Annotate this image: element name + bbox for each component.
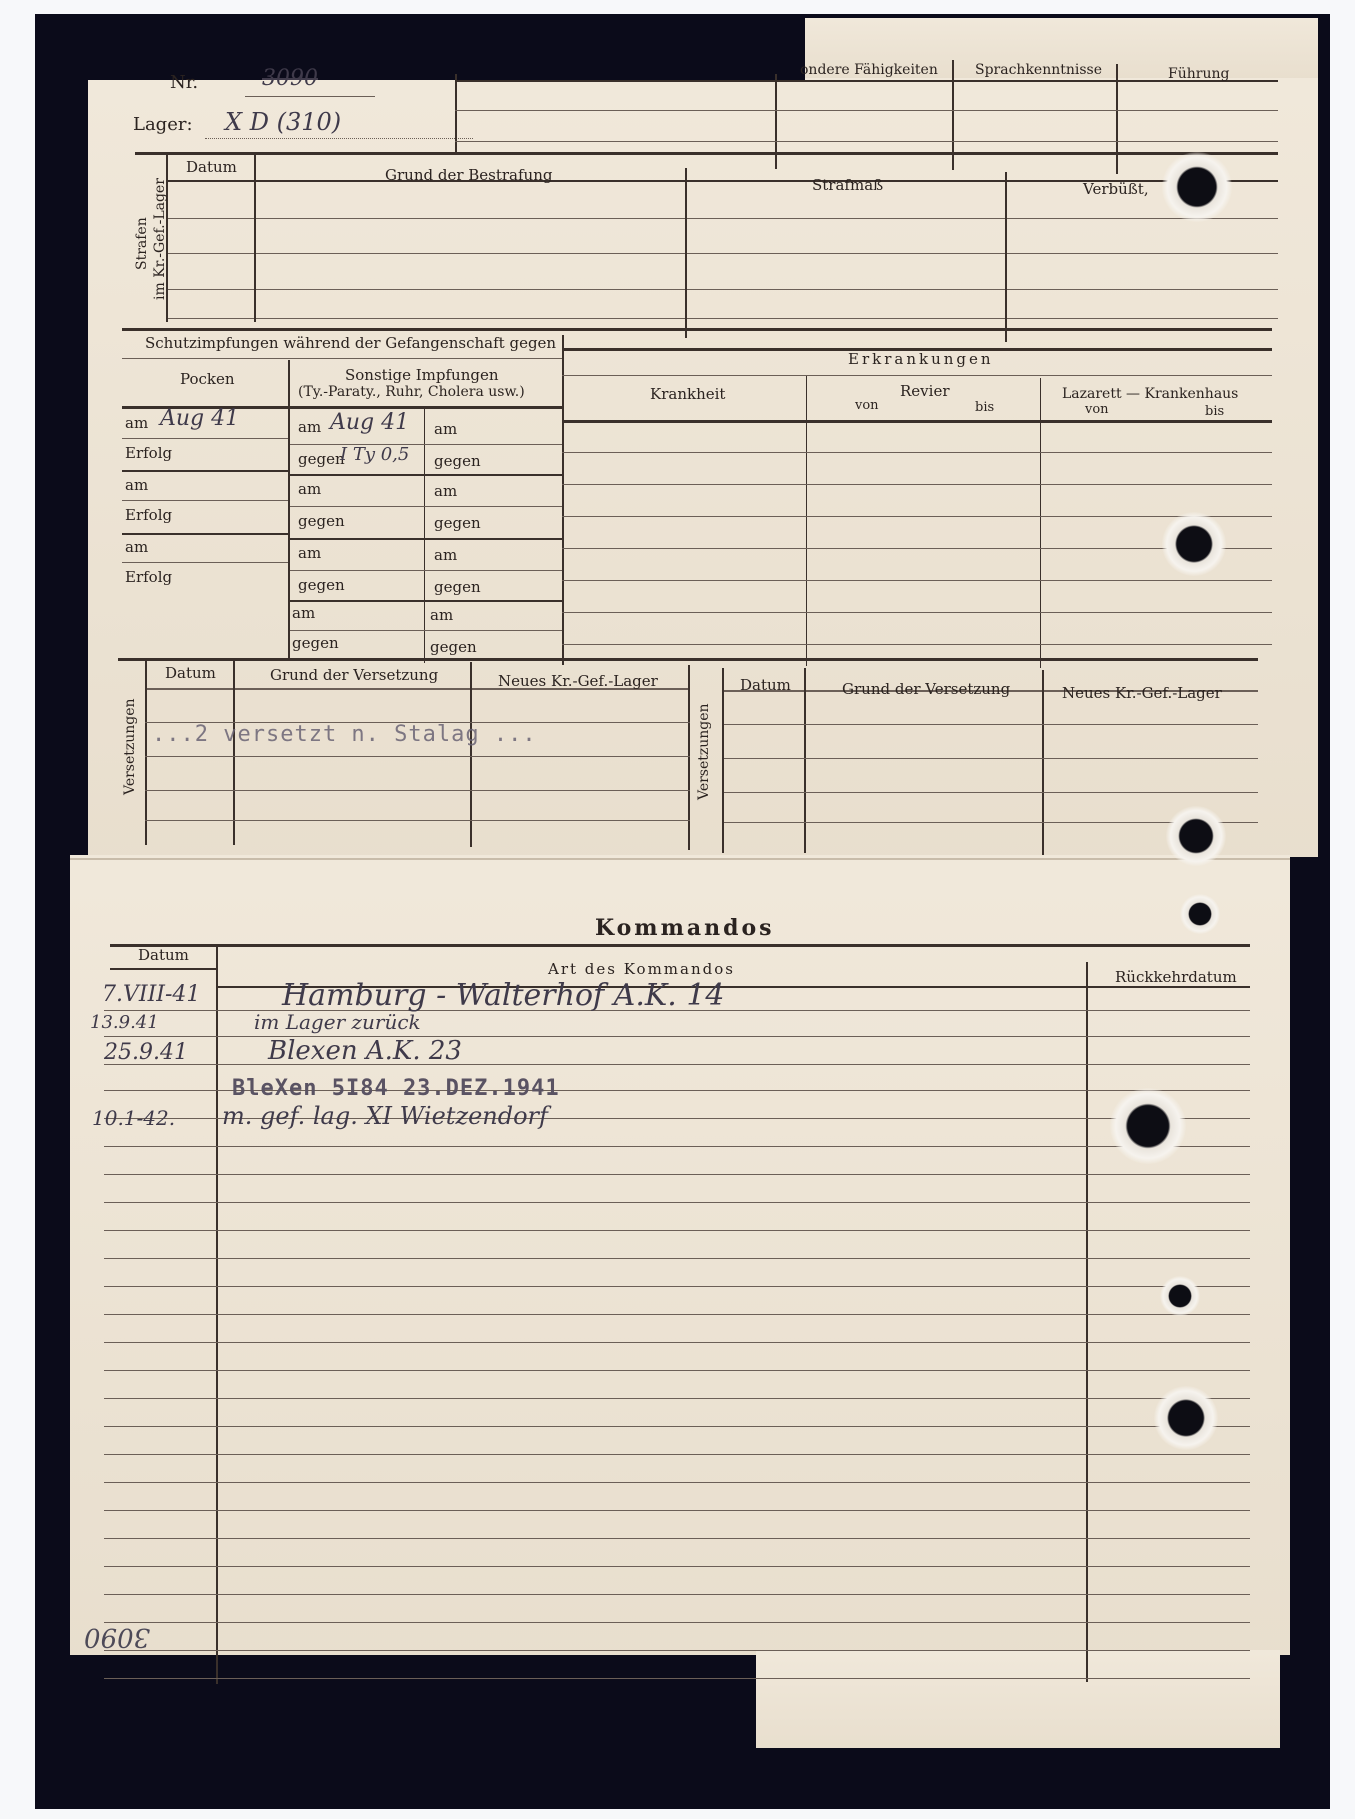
- sonstige-row-label: am: [298, 418, 321, 436]
- erkrankungen-title: Erkrankungen: [848, 350, 994, 368]
- sonstige-row-label-right: gegen: [434, 578, 481, 596]
- sonstige-row-label-right: gegen: [434, 514, 481, 532]
- punch-hole: [1160, 1276, 1200, 1316]
- header-col-sprachkenntnisse: Sprachkenntnisse: [975, 62, 1102, 78]
- punch-hole: [1162, 512, 1226, 576]
- sonstige-row-label: gegen: [298, 450, 345, 468]
- impfungen-title: Schutzimpfungen während der Gefangenscha…: [145, 334, 556, 352]
- sonstige-row-label: gegen: [298, 512, 345, 530]
- kommandos-col-art: Art des Kommandos: [548, 960, 735, 978]
- strafen-col-datum: Datum: [186, 158, 237, 176]
- pocken-row-label: Erfolg: [125, 444, 172, 462]
- punch-hole: [1110, 1088, 1186, 1164]
- versetzungen-col-grund: Grund der Versetzung: [270, 666, 438, 684]
- header-col-fuehrung: Führung: [1168, 66, 1229, 82]
- punch-hole: [1162, 152, 1232, 222]
- lager-label: Lager:: [133, 114, 193, 135]
- impfungen-col-pocken: Pocken: [180, 370, 235, 388]
- kommando-datum: 7.VIII-41: [102, 982, 200, 1007]
- sonstige-row-label: am: [298, 544, 321, 562]
- punch-hole: [1180, 894, 1220, 934]
- kommando-art: Blexen A.K. 23: [268, 1036, 462, 1066]
- sonstige-row-label-right: gegen: [434, 452, 481, 470]
- strafen-col-strafmass: Strafmaß: [812, 176, 883, 194]
- pocken-row-value: Aug 41: [160, 406, 239, 431]
- kommandos-col-rueckkehr: Rückkehrdatum: [1115, 968, 1237, 986]
- versetzungen-col-lager-right: Neues Kr.-Gef.-Lager: [1062, 684, 1222, 702]
- strafen-col-grund: Grund der Bestrafung: [385, 166, 552, 184]
- strafen-side-label-2: im Kr.-Gef.-Lager: [152, 178, 168, 300]
- versetzung-entry-stamp: ...2 versetzt n. Stalag ...: [152, 722, 537, 747]
- nr-value: 3090: [262, 66, 318, 91]
- kommando-datum: 13.9.41: [90, 1012, 159, 1033]
- versetzungen-col-datum-right: Datum: [740, 676, 791, 694]
- strafen-side-label-1: Strafen: [134, 217, 150, 270]
- pocken-row-label: am: [125, 476, 148, 494]
- lazarett-bis: bis: [1205, 404, 1224, 419]
- kommando-art: Hamburg - Walterhof A.K. 14: [282, 978, 725, 1013]
- sonstige-row-label-right: gegen: [430, 638, 477, 656]
- sonstige-row-value: Aug 41: [330, 410, 409, 435]
- sonstige-row-label-right: am: [434, 546, 457, 564]
- erkrankungen-col-lazarett: Lazarett — Krankenhaus: [1062, 386, 1238, 402]
- kommando-stamp: BleXen 5I84 23.DEZ.1941: [232, 1076, 560, 1101]
- revier-von: von: [855, 398, 879, 413]
- header-col-faehigkeiten: ondere Fähigkeiten: [800, 62, 938, 78]
- revier-bis: bis: [975, 400, 994, 415]
- kommando-datum: 25.9.41: [104, 1040, 188, 1065]
- sonstige-row-value: I Ty 0,5: [340, 444, 409, 465]
- pocken-row-label: Erfolg: [125, 568, 172, 586]
- sonstige-row-label: gegen: [292, 634, 339, 652]
- sonstige-row-label: gegen: [298, 576, 345, 594]
- redaction-block: [88, 18, 805, 80]
- versetzungen-col-lager: Neues Kr.-Gef.-Lager: [498, 672, 658, 690]
- nr-label: Nr.: [170, 72, 198, 93]
- versetzungen-side-label-right: Versetzungen: [696, 703, 712, 800]
- versetzungen-col-datum: Datum: [165, 664, 216, 682]
- erkrankungen-col-revier: Revier: [900, 382, 950, 400]
- kommandos-col-datum: Datum: [138, 946, 189, 964]
- pocken-row-label: Erfolg: [125, 506, 172, 524]
- kommando-art: m. gef. lag. XI Wietzendorf: [222, 1102, 548, 1130]
- kommando-art: im Lager zurück: [254, 1010, 421, 1034]
- kommandos-title: Kommandos: [595, 915, 775, 941]
- versetzungen-side-label-left: Versetzungen: [122, 698, 138, 795]
- sonstige-row-label-right: am: [434, 420, 457, 438]
- paper-bottom-tab: [756, 1650, 1280, 1748]
- sonstige-row-label: am: [292, 604, 315, 622]
- lazarett-von: von: [1085, 402, 1109, 417]
- punch-hole: [1166, 806, 1226, 866]
- footer-number: 3090: [84, 1622, 150, 1652]
- pocken-row-label: am: [125, 414, 148, 432]
- pocken-row-label: am: [125, 538, 148, 556]
- lager-value: X D (310): [225, 108, 341, 136]
- versetzungen-col-grund-right: Grund der Versetzung: [842, 680, 1010, 698]
- punch-hole: [1154, 1386, 1218, 1450]
- strafen-col-verbuesst: Verbüßt,: [1083, 180, 1149, 198]
- erkrankungen-col-krankheit: Krankheit: [650, 385, 725, 403]
- kommando-datum: 10.1-42.: [92, 1106, 175, 1130]
- sonstige-row-label: am: [298, 480, 321, 498]
- sonstige-row-label-right: am: [430, 606, 453, 624]
- impfungen-col-sonstige-2: (Ty.-Paraty., Ruhr, Cholera usw.): [298, 384, 525, 400]
- impfungen-col-sonstige-1: Sonstige Impfungen: [345, 366, 499, 384]
- sonstige-row-label-right: am: [434, 482, 457, 500]
